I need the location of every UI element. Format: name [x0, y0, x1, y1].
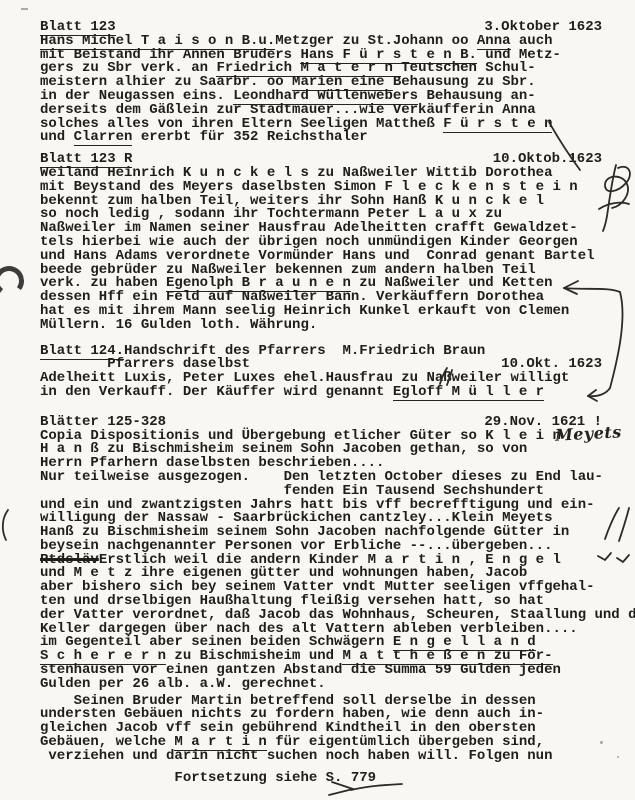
scan-arc-artifact	[0, 508, 12, 542]
doc-line: Fortsetzung siehe S. 779	[40, 772, 635, 786]
underlined-text: Clarren	[74, 129, 133, 146]
text-segment: Gulden per 26 alb. a.W. gerechnet.	[40, 676, 326, 692]
scan-smudge	[0, 264, 26, 298]
text-segment: Fortsetzung siehe S. 779	[40, 770, 376, 786]
text-segment: Müllern. 16 Gulden loth. Währung.	[40, 317, 317, 333]
paper-background: Blatt 1233.Oktober 1623Hans Michel T a i…	[0, 0, 635, 800]
doc-line: verziehen und darin nicht suchen noch ha…	[40, 750, 635, 764]
doc-line: Gulden per 26 alb. a.W. gerechnet.	[40, 678, 635, 692]
scan-speck	[600, 741, 603, 744]
underlined-text: F ü r s t e n	[443, 116, 552, 133]
text-segment: verziehen und darin nicht suchen noch ha…	[40, 748, 552, 764]
scan-speck	[617, 756, 619, 758]
meyets-handwritten-note: Meyets	[555, 422, 623, 444]
document-text: Blatt 1233.Oktober 1623Hans Michel T a i…	[40, 21, 635, 785]
scanned-document-page: { "page": { "paper_color": "#f8f7f4", "i…	[0, 0, 635, 800]
underlined-text: Egloff M ü l l e r	[393, 384, 544, 401]
text-segment: ererbt für 352 Reichsthaler	[132, 129, 367, 145]
scan-dash-artifact	[21, 8, 28, 10]
doc-line: und Clarren ererbt für 352 Reichsthaler	[40, 131, 635, 145]
doc-line: in den Verkauff. Der Käuffer wird genann…	[40, 386, 635, 400]
doc-line: Müllern. 16 Gulden loth. Währung.	[40, 319, 635, 333]
text-segment: und	[40, 129, 74, 145]
text-segment: in den Verkauff. Der Käuffer wird genann…	[40, 384, 393, 400]
